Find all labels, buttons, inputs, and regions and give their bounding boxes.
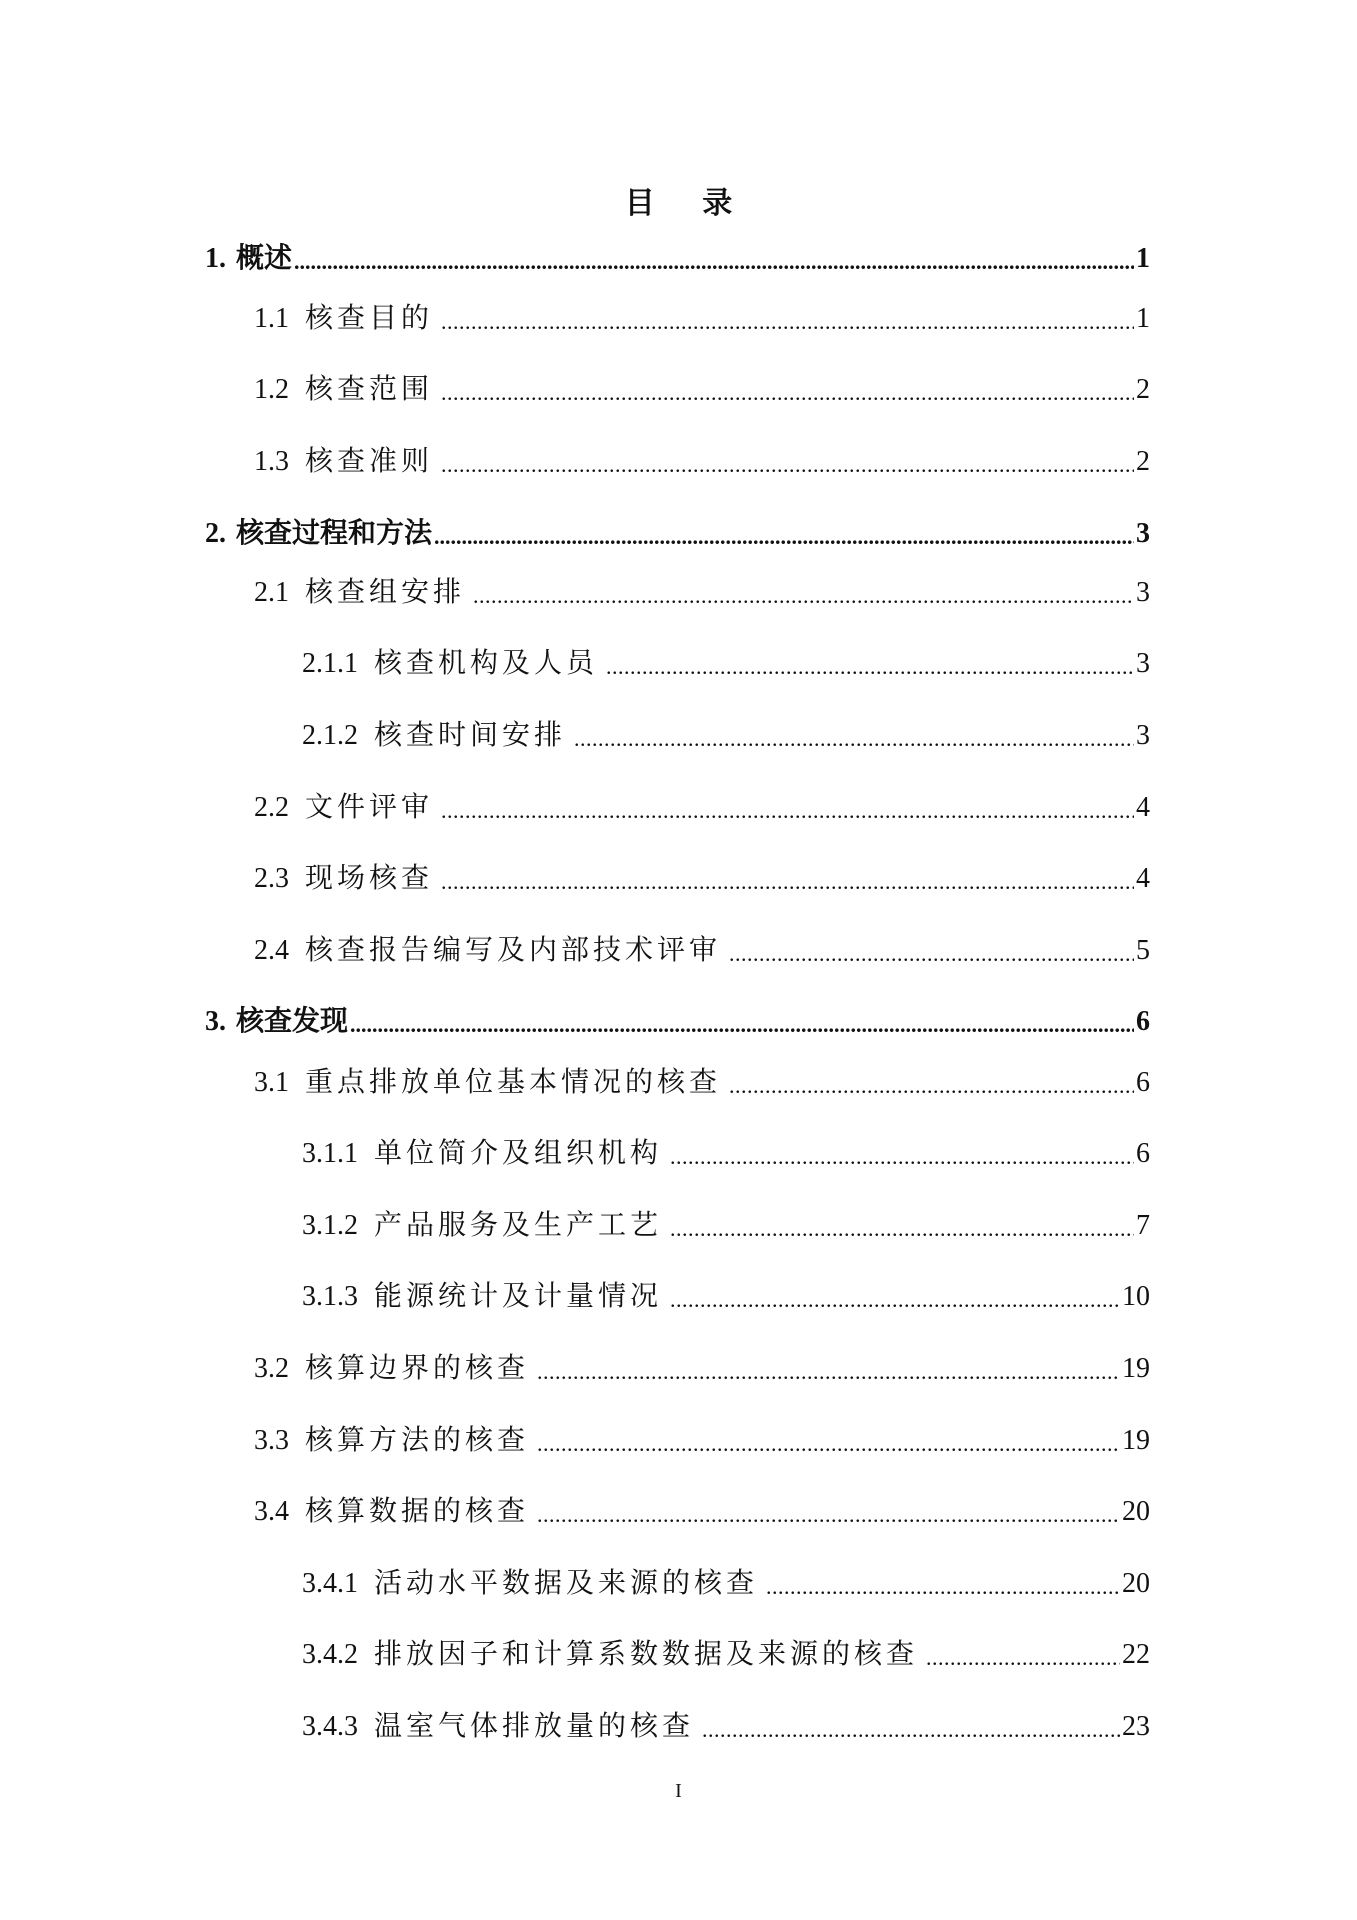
toc-entry-title: 核算边界的核查	[305, 1352, 529, 1386]
dot-leader: ........................................…	[441, 868, 1134, 896]
dot-leader: ........................................…	[670, 1286, 1120, 1314]
toc-entry[interactable]: 1.1核查目的.................................…	[254, 296, 1150, 336]
toc-entry-number: 2.2	[254, 791, 289, 825]
toc-entry-page: 19	[1122, 1424, 1150, 1458]
toc-entry[interactable]: 3.2核算边界的核查..............................…	[254, 1346, 1150, 1386]
toc-entry-page: 6	[1136, 1066, 1150, 1100]
toc-entry-page: 20	[1122, 1567, 1150, 1601]
dot-leader: ........................................…	[473, 582, 1134, 610]
toc-entry-number: 3.1.3	[302, 1280, 358, 1314]
dot-leader: ........................................…	[670, 1143, 1134, 1171]
dot-leader: ........................................…	[729, 1072, 1134, 1100]
toc-entry-page: 23	[1122, 1710, 1150, 1744]
toc-entry[interactable]: 3.1.2产品服务及生产工艺..........................…	[302, 1203, 1150, 1243]
toc-entry-title: 概述	[236, 242, 292, 276]
toc-entry-page: 6	[1136, 1005, 1150, 1039]
toc-entry-page: 3	[1136, 517, 1150, 551]
toc-entry-title: 排放因子和计算系数数据及来源的核查	[374, 1638, 918, 1672]
toc-entry-page: 2	[1136, 373, 1150, 407]
toc-entry[interactable]: 2.1.1核查机构及人员............................…	[302, 641, 1150, 681]
dot-leader: ........................................…	[670, 1215, 1134, 1243]
toc-entry[interactable]: 2.3现场核查.................................…	[254, 856, 1150, 896]
toc-entry[interactable]: 1.2核查范围.................................…	[254, 367, 1150, 407]
toc-entry-page: 19	[1122, 1352, 1150, 1386]
toc-entry-page: 3	[1136, 576, 1150, 610]
toc-entry[interactable]: 2.2文件评审.................................…	[254, 785, 1150, 825]
toc-entry-page: 5	[1136, 934, 1150, 968]
toc-entry[interactable]: 2.1核查组安排................................…	[254, 570, 1150, 610]
toc-entry-title: 核查组安排	[305, 576, 465, 610]
dot-leader: ........................................…	[441, 451, 1134, 479]
toc-entry-page: 1	[1136, 302, 1150, 336]
toc-entry-title: 重点排放单位基本情况的核查	[305, 1066, 721, 1100]
toc-entry-number: 3.4.1	[302, 1567, 358, 1601]
toc-entry-number: 2.1.1	[302, 647, 358, 681]
dot-leader: ........................................…	[441, 379, 1134, 407]
dot-leader: ........................................…	[441, 308, 1134, 336]
toc-entry-title: 核查范围	[305, 373, 433, 407]
toc-entry-title: 温室气体排放量的核查	[374, 1710, 694, 1744]
toc-entry-title: 核查时间安排	[374, 719, 566, 753]
toc-entry-title: 核查机构及人员	[374, 647, 598, 681]
dot-leader: ........................................…	[702, 1716, 1120, 1744]
dot-leader: ........................................…	[434, 523, 1134, 551]
toc-entry[interactable]: 3.核查发现..................................…	[205, 999, 1150, 1039]
toc-entry-page: 22	[1122, 1638, 1150, 1672]
toc-entry-page: 4	[1136, 791, 1150, 825]
toc-entry-number: 1.	[205, 242, 226, 276]
dot-leader: ........................................…	[926, 1644, 1120, 1672]
page-number-footer: I	[0, 1780, 1357, 1803]
toc-entry-page: 10	[1122, 1280, 1150, 1314]
toc-entry-number: 2.1	[254, 576, 289, 610]
toc-entry-number: 1.1	[254, 302, 289, 336]
toc-entry-number: 2.3	[254, 862, 289, 896]
toc-title: 目 录	[0, 178, 1357, 222]
toc-entry[interactable]: 3.4核算数据的核查..............................…	[254, 1489, 1150, 1529]
toc-entry-title: 核算方法的核查	[305, 1424, 529, 1458]
toc-entry[interactable]: 1.概述....................................…	[205, 236, 1150, 276]
toc-entry-number: 2.1.2	[302, 719, 358, 753]
toc-entry-number: 1.3	[254, 445, 289, 479]
dot-leader: ........................................…	[294, 248, 1134, 276]
toc-entry-number: 2.4	[254, 934, 289, 968]
toc-entry[interactable]: 3.4.1活动水平数据及来源的核查.......................…	[302, 1561, 1150, 1601]
toc-entry-title: 核查报告编写及内部技术评审	[305, 934, 721, 968]
toc-entry-page: 20	[1122, 1495, 1150, 1529]
toc-entry-title: 核查过程和方法	[236, 517, 432, 551]
dot-leader: ........................................…	[574, 725, 1134, 753]
dot-leader: ........................................…	[729, 940, 1134, 968]
toc-entry[interactable]: 1.3核查准则.................................…	[254, 439, 1150, 479]
toc-entry[interactable]: 2.4核查报告编写及内部技术评审........................…	[254, 928, 1150, 968]
toc-entry-page: 3	[1136, 719, 1150, 753]
toc-entry[interactable]: 3.1.3能源统计及计量情况..........................…	[302, 1274, 1150, 1314]
toc-entry-number: 1.2	[254, 373, 289, 407]
toc-entry-title: 核算数据的核查	[305, 1495, 529, 1529]
dot-leader: ........................................…	[537, 1358, 1120, 1386]
dot-leader: ........................................…	[441, 797, 1134, 825]
toc-entry-title: 核查准则	[305, 445, 433, 479]
toc-entry-title: 文件评审	[305, 791, 433, 825]
toc-entry[interactable]: 3.1.1单位简介及组织机构..........................…	[302, 1131, 1150, 1171]
toc-entry-title: 单位简介及组织机构	[374, 1137, 662, 1171]
toc-entry-title: 能源统计及计量情况	[374, 1280, 662, 1314]
dot-leader: ........................................…	[537, 1430, 1120, 1458]
toc-entry-page: 6	[1136, 1137, 1150, 1171]
toc-entry-page: 3	[1136, 647, 1150, 681]
dot-leader: ........................................…	[537, 1501, 1120, 1529]
toc-entry[interactable]: 3.4.3温室气体排放量的核查.........................…	[302, 1704, 1150, 1744]
dot-leader: ........................................…	[350, 1011, 1134, 1039]
toc-entry[interactable]: 3.4.2排放因子和计算系数数据及来源的核查..................…	[302, 1632, 1150, 1672]
toc-entry-title: 活动水平数据及来源的核查	[374, 1567, 758, 1601]
toc-entry-number: 2.	[205, 517, 226, 551]
toc-entry-page: 2	[1136, 445, 1150, 479]
toc-entry-number: 3.1	[254, 1066, 289, 1100]
toc-entry-number: 3.4	[254, 1495, 289, 1529]
toc-entry-number: 3.2	[254, 1352, 289, 1386]
toc-entry-page: 1	[1136, 242, 1150, 276]
toc-entry-number: 3.1.1	[302, 1137, 358, 1171]
toc-entry-number: 3.1.2	[302, 1209, 358, 1243]
toc-entry[interactable]: 3.1重点排放单位基本情况的核查........................…	[254, 1060, 1150, 1100]
toc-entry-page: 4	[1136, 862, 1150, 896]
dot-leader: ........................................…	[606, 653, 1134, 681]
toc-entry-number: 3.	[205, 1005, 226, 1039]
toc-entry-number: 3.4.3	[302, 1710, 358, 1744]
toc-entry[interactable]: 2.1.2核查时间安排.............................…	[302, 713, 1150, 753]
toc-entry[interactable]: 2.核查过程和方法...............................…	[205, 511, 1150, 551]
toc-entry-title: 产品服务及生产工艺	[374, 1209, 662, 1243]
toc-entry-page: 7	[1136, 1209, 1150, 1243]
toc-entry-title: 现场核查	[305, 862, 433, 896]
toc-entry-number: 3.3	[254, 1424, 289, 1458]
dot-leader: ........................................…	[766, 1573, 1120, 1601]
toc-entry-title: 核查发现	[236, 1005, 348, 1039]
toc-entry[interactable]: 3.3核算方法的核查..............................…	[254, 1418, 1150, 1458]
toc-entry-number: 3.4.2	[302, 1638, 358, 1672]
toc-entry-title: 核查目的	[305, 302, 433, 336]
